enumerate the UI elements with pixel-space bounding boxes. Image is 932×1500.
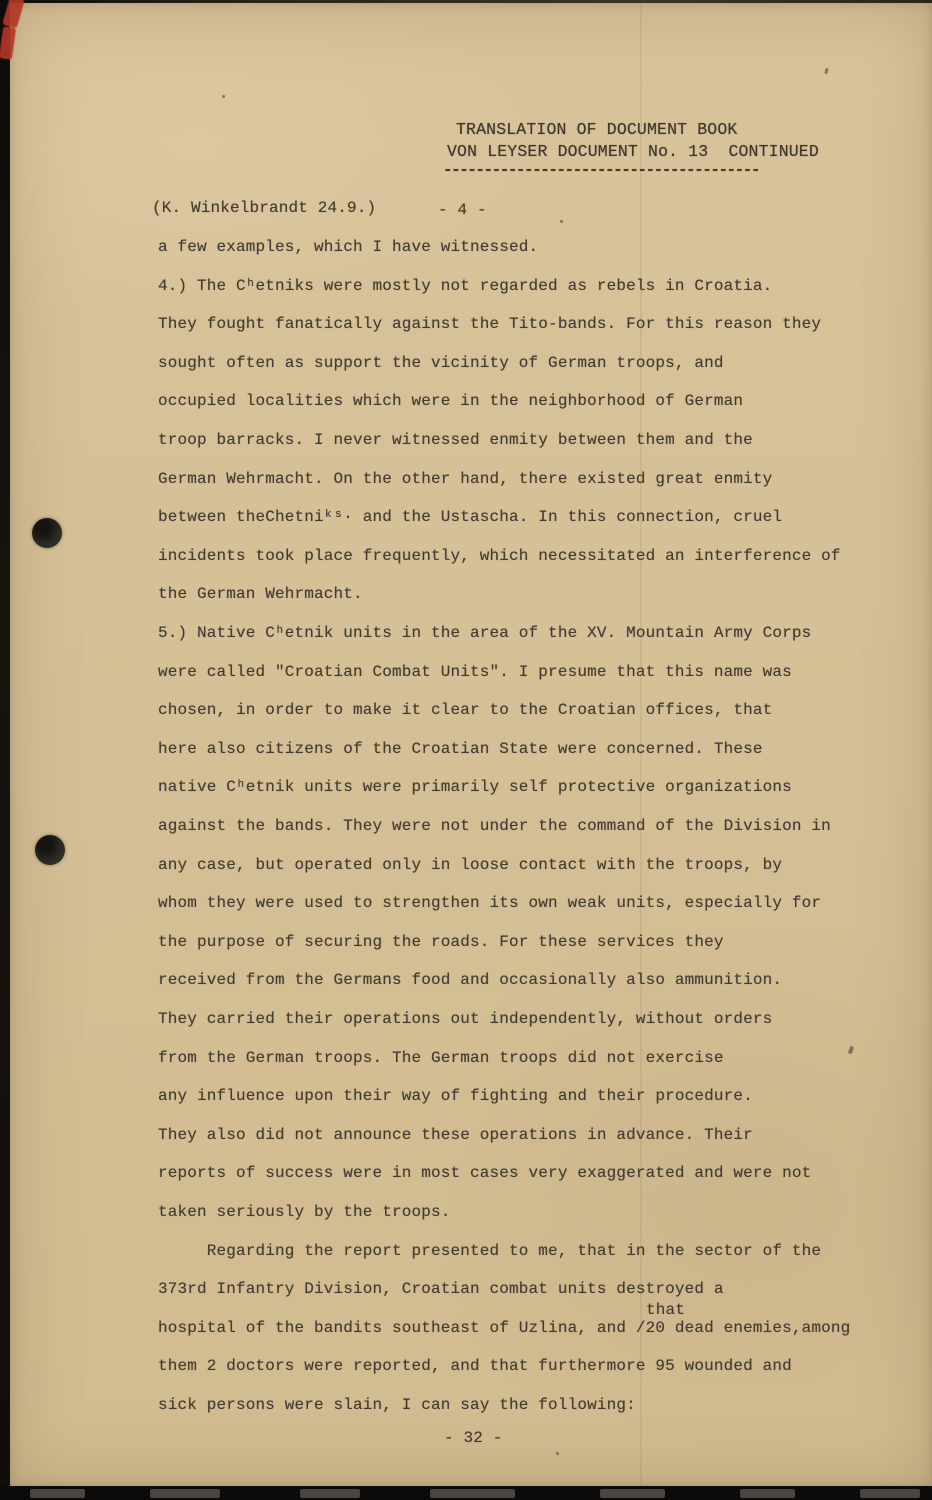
paper-speck [560,220,563,223]
text-line: 4.) The Cʰetniks were mostly not regarde… [158,277,772,295]
text-line: German Wehrmacht. On the other hand, the… [158,470,772,488]
edge-blotch [600,1489,665,1498]
edge-blotch [860,1489,920,1498]
text-line: troop barracks. I never witnessed enmity… [158,431,753,449]
text-line: 5.) Native Cʰetnik units in the area of … [158,624,811,642]
text-line: 373rd Infantry Division, Croatian combat… [158,1280,724,1298]
header-line-2: VON LEYSER DOCUMENT No. 13 CONTINUED [447,142,819,162]
text-line: between theChetniᵏˢ· and the Ustascha. I… [158,508,782,526]
text-line: native Cʰetnik units were primarily self… [158,778,792,796]
edge-blotch [150,1489,220,1498]
text-line: They carried their operations out indepe… [158,1010,772,1028]
text-line: They also did not announce these operati… [158,1126,753,1144]
page-number: - 32 - [444,1428,503,1448]
text-line: a few examples, which I have witnessed. [158,238,538,256]
edge-blotch [430,1489,515,1498]
edge-blotch [30,1489,85,1498]
text-line: were called "Croatian Combat Units". I p… [158,663,792,681]
text-line: any influence upon their way of fighting… [158,1087,753,1105]
text-line: from the German troops. The German troop… [158,1049,724,1067]
text-line: incidents took place frequently, which n… [158,547,841,565]
text-line: sought often as support the vicinity of … [158,354,724,372]
text-line: them 2 doctors were reported, and that f… [158,1357,792,1375]
text-line: whom they were used to strengthen its ow… [158,894,821,912]
top-edge-shadow [0,0,932,3]
text-line: chosen, in order to make it clear to the… [158,701,772,719]
paper-speck [556,1452,559,1455]
inserted-word: that [646,1300,685,1320]
text-line: here also citizens of the Croatian State… [158,740,763,758]
left-edge-shadow [0,0,10,1500]
edge-blotch [740,1489,795,1498]
scanned-document-page: TRANSLATION OF DOCUMENT BOOK VON LEYSER … [0,0,932,1500]
edge-blotch [300,1489,360,1498]
text-line: against the bands. They were not under t… [158,817,831,835]
paper-speck [222,95,225,98]
text-line: taken seriously by the troops. [158,1203,451,1221]
hole-punch-bottom [35,835,65,865]
text-line: hospital of the bandits southeast of Uzl… [158,1319,850,1337]
text-line: occupied localities which were in the ne… [158,392,743,410]
header-dashed-rule: --------------------------------------- [443,160,759,180]
text-line: any case, but operated only in loose con… [158,856,782,874]
text-line: received from the Germans food and occas… [158,971,782,989]
ref-note: (K. Winkelbrandt 24.9.) [152,198,376,218]
text-line: the purpose of securing the roads. For t… [158,933,724,951]
text-line: They fought fanatically against the Tito… [158,315,821,333]
text-line: Regarding the report presented to me, th… [158,1242,821,1260]
hole-punch-top [32,518,62,548]
header-line-1: TRANSLATION OF DOCUMENT BOOK [456,120,737,140]
text-line: the German Wehrmacht. [158,585,363,603]
bottom-edge-shadow [0,1486,932,1500]
text-line: sick persons were slain, I can say the f… [158,1396,636,1414]
text-line: reports of success were in most cases ve… [158,1164,811,1182]
page-marker-top: - 4 - [438,200,487,220]
